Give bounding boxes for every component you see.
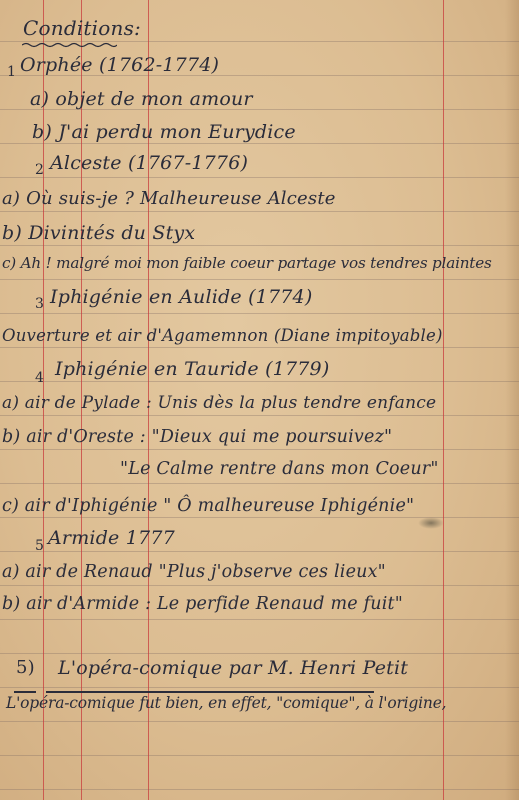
item-number: 5 [35,538,44,554]
notebook-page: Conditions: 1 Orphée (1762-1774) a) obje… [0,0,519,800]
aria-line: a) objet de mon amour [30,88,253,110]
aria-line: c) Ah ! malgré moi mon faible coeur part… [2,254,492,272]
ruled-line [0,415,519,416]
section-number-underline [14,691,36,693]
aria-line: b) air d'Armide : Le perfide Renaud me f… [2,594,403,614]
work-title: Armide 1777 [48,527,175,549]
ruled-line [0,585,519,586]
aria-line: c) air d'Iphigénie " Ô malheureuse Iphig… [2,496,414,516]
ruled-line [0,653,519,654]
ruled-line [0,245,519,246]
aria-line: a) air de Pylade : Unis dès la plus tend… [2,393,436,413]
margin-line [443,0,444,800]
ruled-line [0,483,519,484]
aria-line: b) Divinités du Styx [2,222,195,244]
ruled-line [0,721,519,722]
paragraph-line: L'opéra-comique fut bien, en effet, "com… [6,694,446,712]
work-title: Iphigénie en Tauride (1779) [55,358,329,380]
ruled-line [0,619,519,620]
heading: Conditions: [23,16,141,40]
work-title: Alceste (1767-1776) [50,152,248,174]
ruled-line [0,211,519,212]
aria-line: a) Où suis-je ? Malheureuse Alceste [2,188,336,209]
work-title: Iphigénie en Aulide (1774) [50,286,312,308]
ruled-line [0,687,519,688]
ruled-line [0,449,519,450]
ruled-line [0,381,519,382]
section-title-underline [46,691,374,693]
aria-line: Ouverture et air d'Agamemnon (Diane impi… [2,326,443,345]
item-number: 2 [35,162,44,178]
page-edge-shadow [505,0,519,800]
aria-line: b) air d'Oreste : "Dieux qui me poursuiv… [2,427,392,447]
ruled-line [0,551,519,552]
ruled-line [0,789,519,790]
item-number: 3 [35,296,44,312]
ruled-line [0,313,519,314]
ruled-line [0,347,519,348]
heading-underline [22,42,117,48]
work-title: Orphée (1762-1774) [20,54,219,76]
ink-smudge [418,517,444,529]
ruled-line [0,177,519,178]
ruled-line [0,279,519,280]
item-number: 1 [7,64,16,80]
item-number: 4 [35,370,44,386]
aria-line: b) J'ai perdu mon Eurydice [32,121,296,143]
ruled-line [0,143,519,144]
aria-line: "Le Calme rentre dans mon Coeur" [120,459,439,479]
aria-line: a) air de Renaud "Plus j'observe ces lie… [2,562,386,582]
section-title: L'opéra-comique par M. Henri Petit [58,657,408,679]
section-number: 5) [16,657,35,678]
ruled-line [0,517,519,518]
ruled-line [0,755,519,756]
